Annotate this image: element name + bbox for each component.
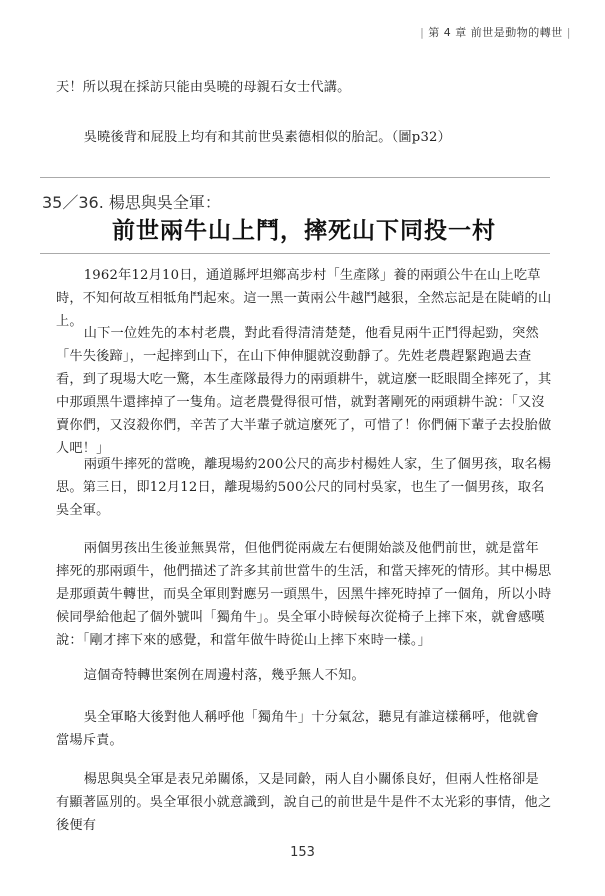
intro-paragraph-continued: 天！所以現在採訪只能由吳曉的母親石女士代講。 [56,76,552,99]
page-number: 153 [0,845,605,860]
section-number: 35／36. 楊思與吳全軍： [42,190,221,213]
body-paragraph: 山下一位姓先的本村老農，對此看得清清楚楚，他看見兩牛正鬥得起勁，突然「牛失後蹄」… [56,322,552,460]
header-divider-right: | [567,26,571,39]
body-paragraph: 兩頭牛摔死的當晚，離現場約200公尺的高步村楊姓人家，生了個男孩，取名楊思。第三… [56,453,552,522]
body-paragraph: 楊思與吳全軍是表兄弟關係，又是同齡，兩人自小關係良好，但兩人性格卻是有顯著區別的… [56,768,552,837]
section-top-rule [40,177,550,178]
section-title: 前世兩牛山上鬥，摔死山下同投一村 [112,212,496,245]
chapter-label: 第 4 章 前世是動物的轉世 [428,26,563,39]
body-paragraph: 吳全軍略大後對他人稱呼他「獨角牛」十分氣忿，聽見有誰這樣稱呼，他就會當場斥責。 [56,706,552,752]
section-bottom-rule [40,253,550,254]
header-divider-left: | [420,26,424,39]
body-paragraph: 兩個男孩出生後並無異常，但他們從兩歲左右便開始談及他們前世，就是當年摔死的那兩頭… [56,537,552,652]
intro-paragraph: 吳曉後背和屁股上均有和其前世吳素德相似的胎記。（圖p32） [56,126,552,149]
body-paragraph: 這個奇特轉世案例在周邊村落，幾乎無人不知。 [56,664,552,687]
running-head: |第 4 章 前世是動物的轉世| [416,24,575,40]
